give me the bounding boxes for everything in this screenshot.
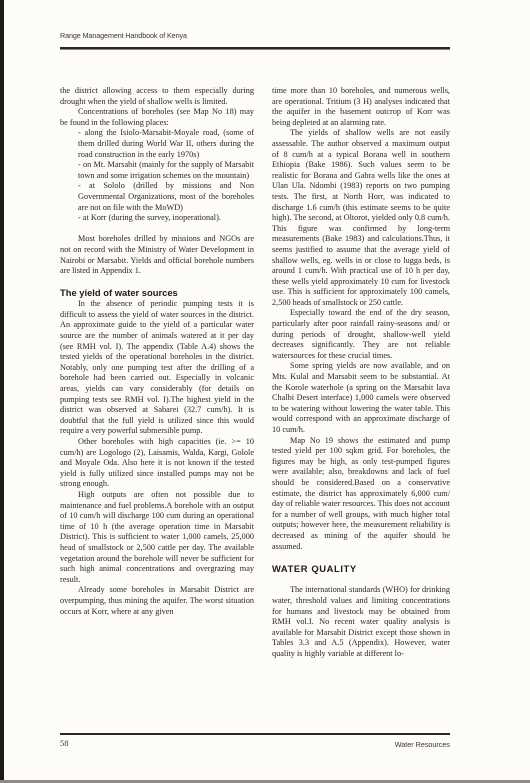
- paragraph: High outputs are often not possible due …: [60, 490, 254, 585]
- list-item: - on Mt. Marsabit (mainly for the supply…: [78, 160, 254, 181]
- footer-rule: [60, 733, 450, 735]
- spacer: [272, 552, 450, 563]
- spacer: [60, 277, 254, 288]
- paragraph: The yields of shallow wells are not easi…: [272, 128, 450, 308]
- section-heading-yield: The yield of water sources: [60, 287, 254, 299]
- paragraph: Especially toward the end of the dry sea…: [272, 308, 450, 361]
- page-number: 58: [60, 738, 69, 748]
- paragraph: Some spring yields are now available, an…: [272, 361, 450, 435]
- paragraph: In the absence of periodic pumping tests…: [60, 299, 254, 437]
- scan-left-edge: [0, 0, 4, 783]
- paragraph: time more than 10 boreholes, and numerou…: [272, 86, 450, 128]
- list-item: - at Korr (during the survey, inoperatio…: [78, 213, 254, 224]
- paragraph: Concentrations of boreholes (see Map No …: [60, 107, 254, 128]
- paragraph: Other boreholes with high capacities (ie…: [60, 437, 254, 490]
- right-column: time more than 10 boreholes, and numerou…: [272, 86, 450, 659]
- header-rule-shadow: [60, 49, 450, 50]
- footer-section-name: Water Resources: [395, 740, 450, 749]
- paragraph: Map No 19 shows the estimated and pump t…: [272, 436, 450, 553]
- borehole-locations-list: - along the Isiolo-Marsabit-Moyale road,…: [60, 128, 254, 223]
- paragraph: The international standards (WHO) for dr…: [272, 585, 450, 659]
- list-item: - at Sololo (drilled by missions and Non…: [78, 181, 254, 213]
- list-item: - along the Isiolo-Marsabit-Moyale road,…: [78, 128, 254, 160]
- paragraph: the district allowing access to them esp…: [60, 86, 254, 107]
- left-column: the district allowing access to them esp…: [60, 86, 254, 617]
- running-head: Range Management Handbook of Kenya: [60, 31, 187, 40]
- section-heading-water-quality: WATER QUALITY: [272, 563, 450, 575]
- spacer: [60, 224, 254, 235]
- paragraph: Most boreholes drilled by missions and N…: [60, 234, 254, 276]
- spacer: [272, 575, 450, 586]
- paragraph: Already some boreholes in Marsabit Distr…: [60, 585, 254, 617]
